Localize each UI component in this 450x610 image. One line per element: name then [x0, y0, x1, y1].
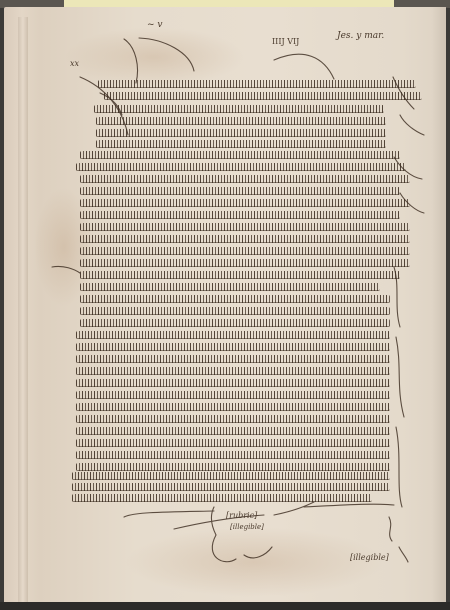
page-tab [64, 0, 394, 7]
ink-flourishes [4, 7, 446, 604]
bottom-right-mark: [illegible] [350, 553, 389, 562]
signature-name: [illegible] [230, 523, 264, 531]
scanner-bottom-edge [0, 602, 450, 610]
signature-rubric: [rubric] [226, 511, 257, 520]
manuscript-page: ~ v IIIJ VIJ Jes. y mar. xx [4, 7, 446, 604]
